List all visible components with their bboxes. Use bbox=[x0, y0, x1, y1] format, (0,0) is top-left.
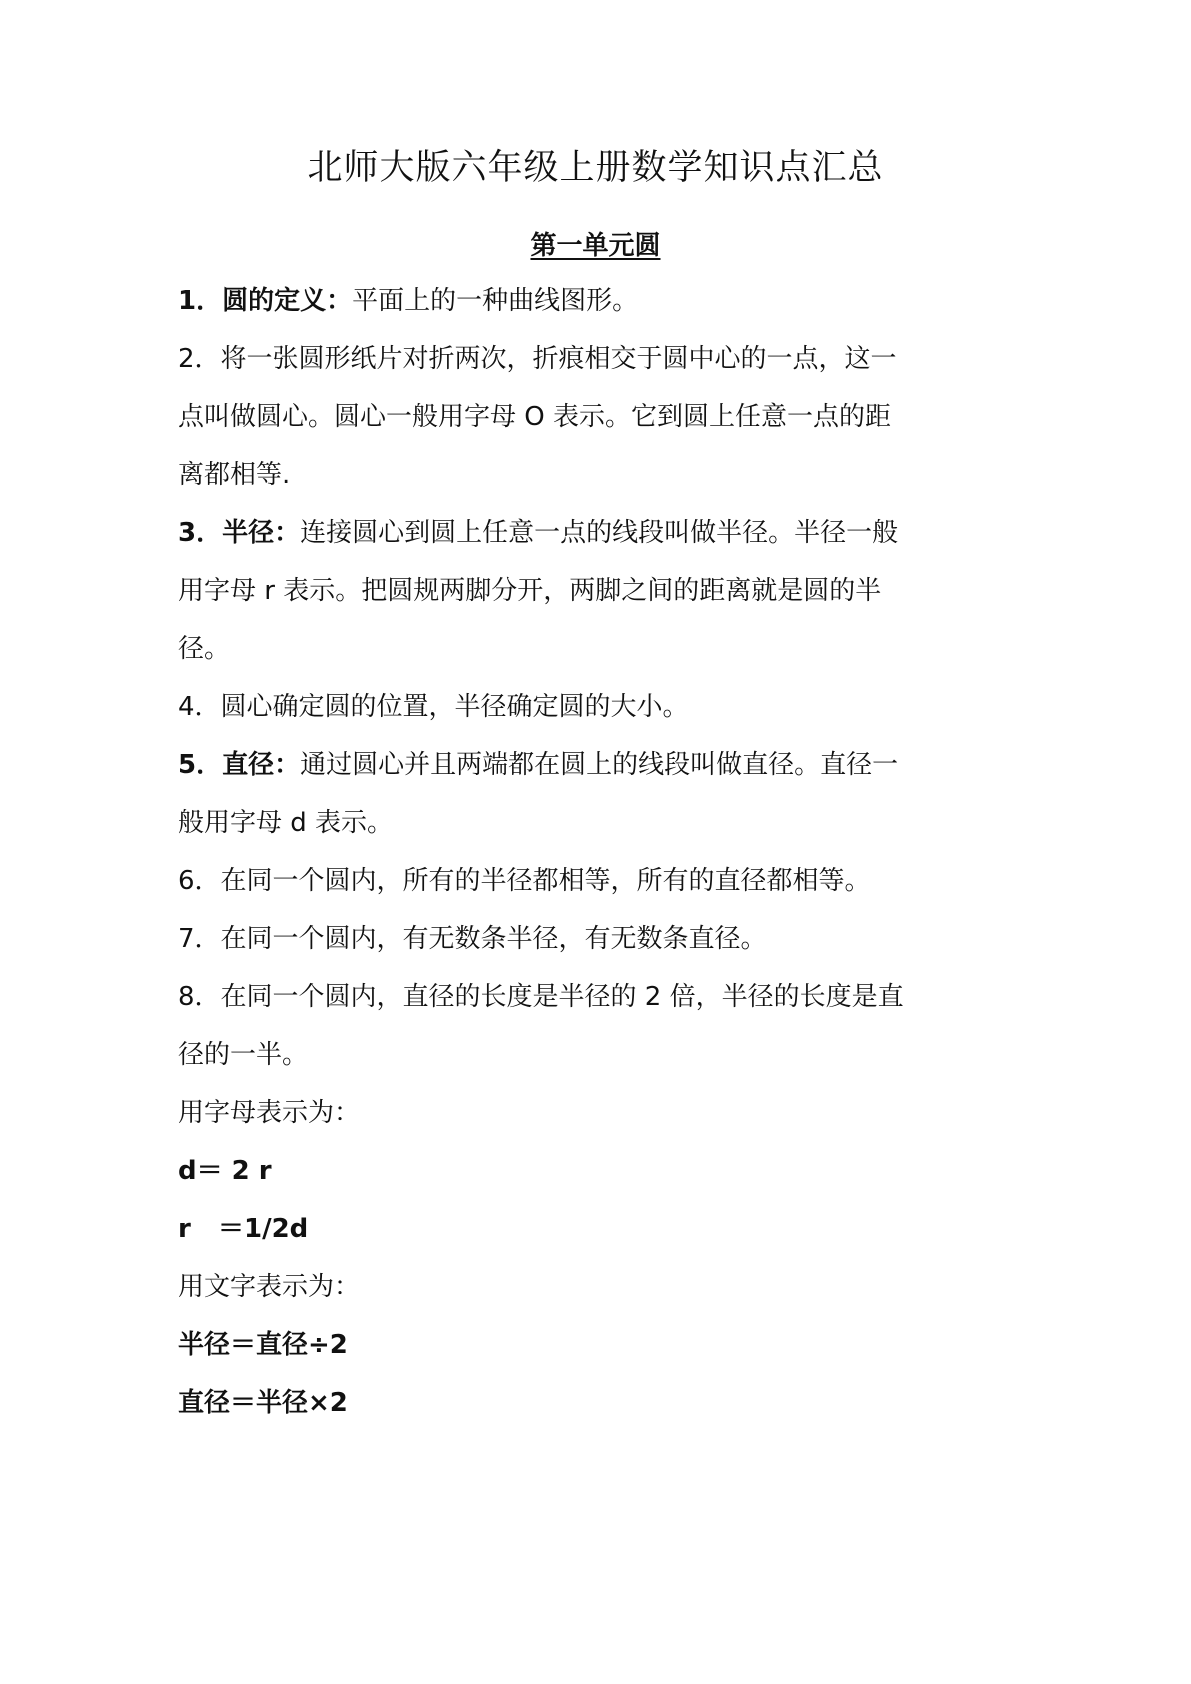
point-3-line-1: 3．半径：连接圆心到圆上任意一点的线段叫做半径。半径一般 bbox=[178, 511, 934, 569]
formula-text: 直径＝半径×2 bbox=[178, 1388, 348, 1418]
text-line: 径的一半。 bbox=[178, 1040, 308, 1070]
point-2-line-2: 点叫做圆心。圆心一般用字母 O 表示。它到圆上任意一点的距 bbox=[178, 395, 934, 453]
text-line: 6．在同一个圆内，所有的半径都相等，所有的直径都相等。 bbox=[178, 866, 871, 896]
text-line: 点叫做圆心。圆心一般用字母 O 表示。它到圆上任意一点的距 bbox=[178, 402, 891, 432]
formula-r: r ＝1/2d bbox=[178, 1207, 934, 1265]
point-8-line-2: 径的一半。 bbox=[178, 1033, 934, 1091]
point-5-line-1: 5．直径：通过圆心并且两端都在圆上的线段叫做直径。直径一 bbox=[178, 743, 934, 801]
formula-d: d＝ 2 r bbox=[178, 1149, 934, 1207]
point-3-line-2: 用字母 r 表示。把圆规两脚分开，两脚之间的距离就是圆的半 bbox=[178, 569, 934, 627]
text-line: 用字母 r 表示。把圆规两脚分开，两脚之间的距离就是圆的半 bbox=[178, 576, 881, 606]
point-1-line: 1．圆的定义：平面上的一种曲线图形。 bbox=[178, 279, 934, 337]
point-6-line: 6．在同一个圆内，所有的半径都相等，所有的直径都相等。 bbox=[178, 859, 934, 917]
document-body: 1．圆的定义：平面上的一种曲线图形。 2．将一张圆形纸片对折两次，折痕相交于圆中… bbox=[178, 279, 934, 1439]
formula-text: d＝ 2 r bbox=[178, 1156, 272, 1186]
text-line: 2．将一张圆形纸片对折两次，折痕相交于圆中心的一点，这一 bbox=[178, 344, 897, 374]
formula-diameter: 直径＝半径×2 bbox=[178, 1381, 934, 1439]
point-3-label: 3．半径： bbox=[178, 518, 300, 548]
formula-text: 半径＝直径÷2 bbox=[178, 1330, 348, 1360]
point-1-label: 1．圆的定义： bbox=[178, 286, 352, 316]
point-2-line-3: 离都相等. bbox=[178, 453, 934, 511]
text-line: 离都相等. bbox=[178, 460, 290, 490]
point-8-line-1: 8．在同一个圆内，直径的长度是半径的 2 倍，半径的长度是直 bbox=[178, 975, 934, 1033]
point-3-text: 连接圆心到圆上任意一点的线段叫做半径。半径一般 bbox=[300, 518, 898, 548]
text-line: 用字母表示为： bbox=[178, 1098, 360, 1128]
text-line: 8．在同一个圆内，直径的长度是半径的 2 倍，半径的长度是直 bbox=[178, 982, 904, 1012]
document-title: 北师大版六年级上册数学知识点汇总 bbox=[0, 140, 1191, 190]
text-line: 径。 bbox=[178, 634, 230, 664]
point-5-label: 5．直径： bbox=[178, 750, 300, 780]
point-1-text: 平面上的一种曲线图形。 bbox=[352, 286, 638, 316]
text-line: 4．圆心确定圆的位置，半径确定圆的大小。 bbox=[178, 692, 689, 722]
point-5-line-2: 般用字母 d 表示。 bbox=[178, 801, 934, 859]
formula-text: r ＝1/2d bbox=[178, 1214, 308, 1244]
text-line: 用文字表示为： bbox=[178, 1272, 360, 1302]
point-7-line: 7．在同一个圆内，有无数条半径，有无数条直径。 bbox=[178, 917, 934, 975]
unit-heading: 第一单元圆 bbox=[0, 225, 1191, 262]
formula-radius: 半径＝直径÷2 bbox=[178, 1323, 934, 1381]
point-2-line-1: 2．将一张圆形纸片对折两次，折痕相交于圆中心的一点，这一 bbox=[178, 337, 934, 395]
text-line: 7．在同一个圆内，有无数条半径，有无数条直径。 bbox=[178, 924, 767, 954]
point-3-line-3: 径。 bbox=[178, 627, 934, 685]
point-5-text: 通过圆心并且两端都在圆上的线段叫做直径。直径一 bbox=[300, 750, 898, 780]
point-4-line: 4．圆心确定圆的位置，半径确定圆的大小。 bbox=[178, 685, 934, 743]
unit-heading-text: 第一单元圆 bbox=[530, 231, 660, 261]
word-formula-intro: 用文字表示为： bbox=[178, 1265, 934, 1323]
text-line: 般用字母 d 表示。 bbox=[178, 808, 393, 838]
letter-formula-intro: 用字母表示为： bbox=[178, 1091, 934, 1149]
